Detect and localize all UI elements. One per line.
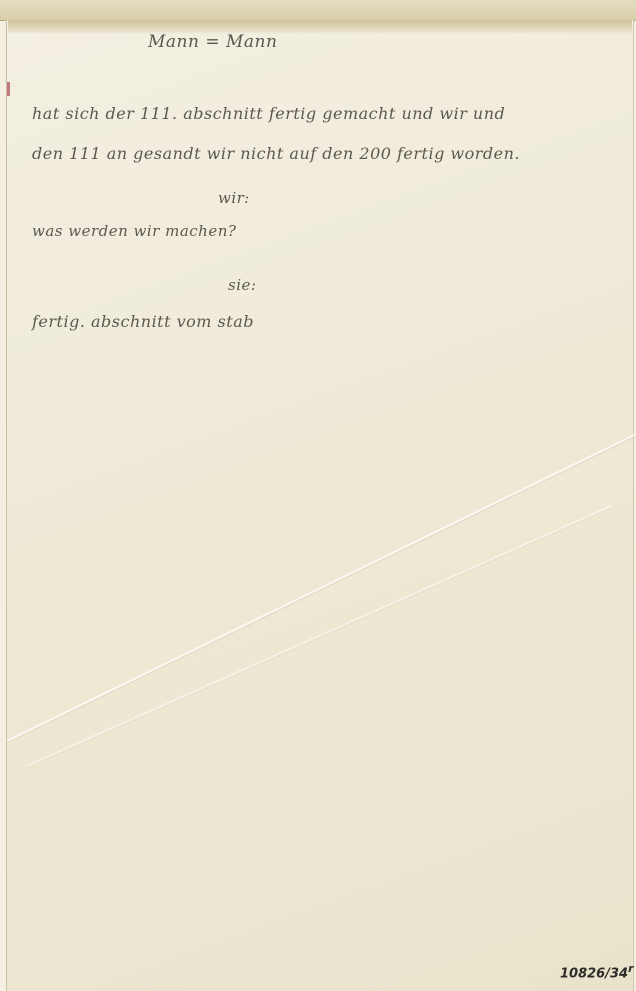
text-line: den 111 an gesandt wir nicht auf den 200… [32, 144, 520, 163]
speaker-label: wir: [218, 189, 250, 207]
page-heading: Mann = Mann [148, 32, 277, 52]
notebook-page [6, 20, 634, 991]
paper-crease [27, 505, 612, 767]
paper-crease [7, 433, 636, 742]
binding-shadow [8, 20, 632, 34]
notebook-binding-strip [0, 0, 636, 21]
text-line: fertig. abschnitt vom stab [32, 312, 254, 331]
margin-mark [7, 82, 10, 96]
archive-number: 10826/34r [560, 962, 633, 981]
speaker-label: sie: [228, 276, 256, 294]
archive-number-value: 10826/34 [560, 966, 628, 981]
text-line: hat sich der 111. abschnitt fertig gemac… [32, 104, 505, 123]
archive-suffix: r [628, 962, 633, 975]
text-line: was werden wir machen? [32, 222, 236, 240]
